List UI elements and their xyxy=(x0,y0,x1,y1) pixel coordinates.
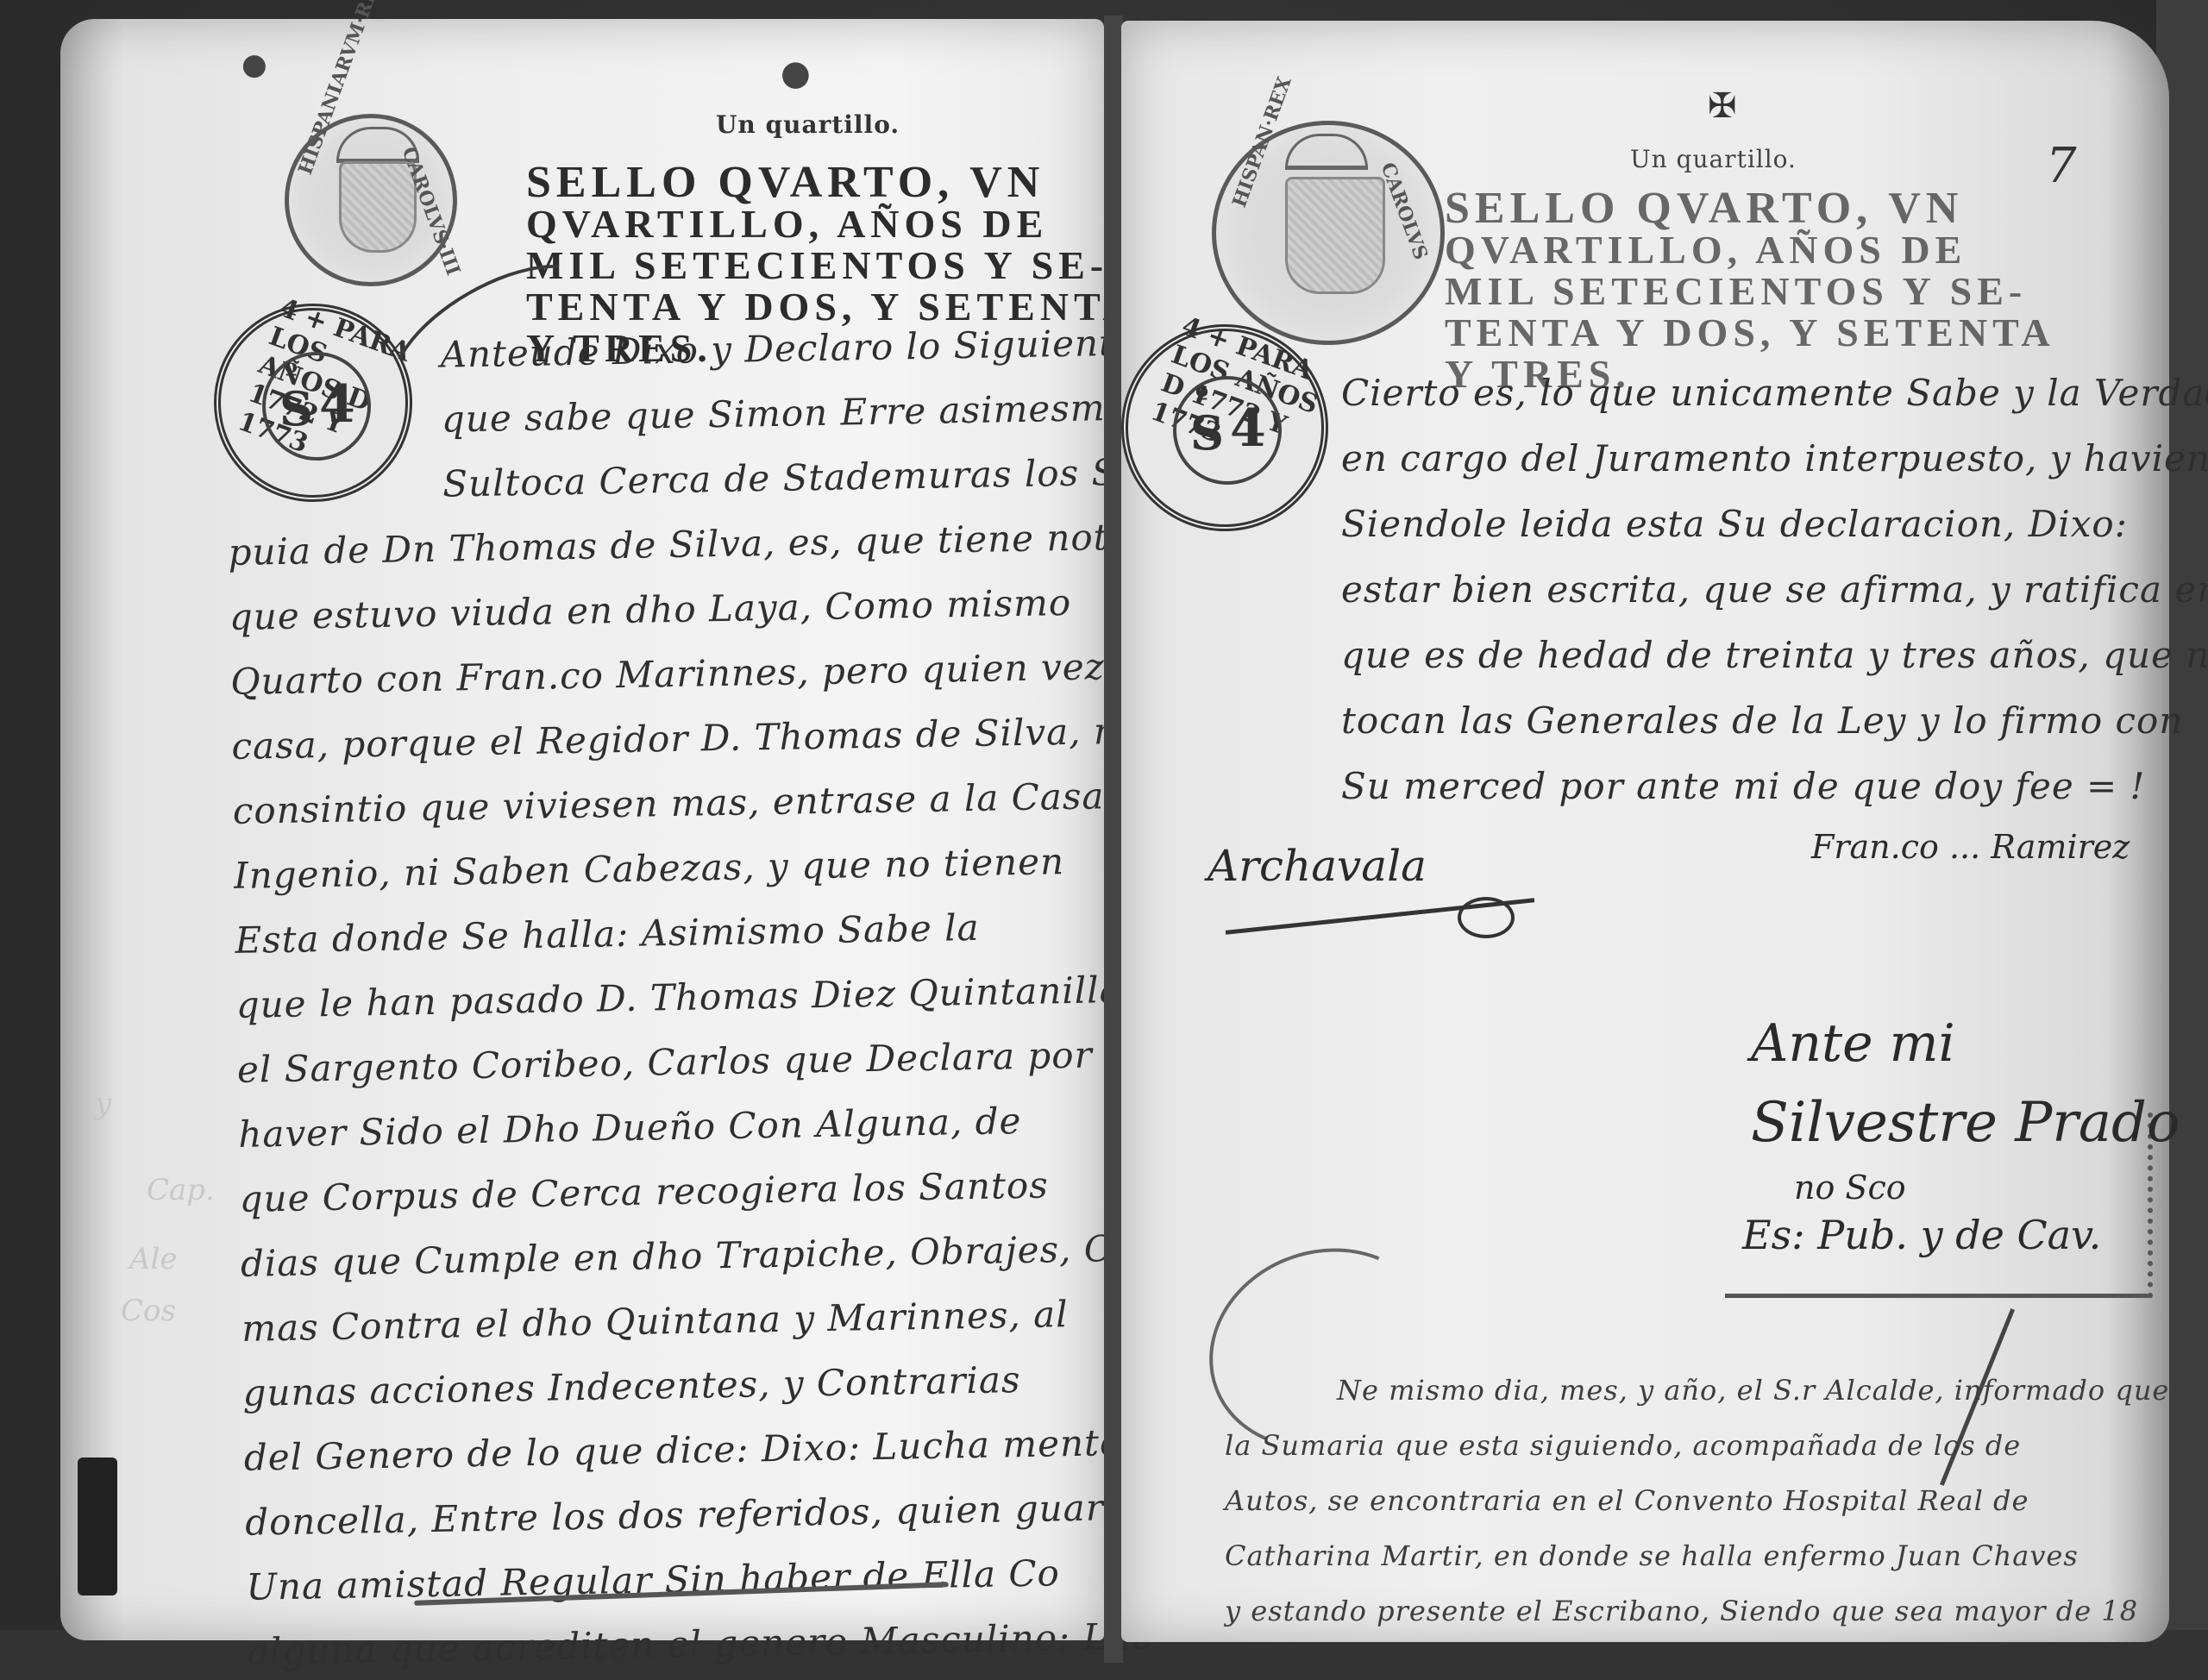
margin-note: Ale xyxy=(129,1242,178,1276)
stamp-line: QVARTILLO, AÑOS DE xyxy=(1445,229,2055,271)
ink-blot: ● xyxy=(241,47,267,82)
scan-left-edge xyxy=(0,0,60,1680)
manuscript-line: Autos, se encontraria en el Convento Hos… xyxy=(1225,1473,2169,1528)
tax-seal: 4 + PARA LOS AÑOS D 1772 Y 1773 S 4 º xyxy=(1121,324,1328,531)
margin-note: Cos xyxy=(121,1294,176,1328)
footer-entry: Ne mismo dia, mes, y año, el S.r Alcalde… xyxy=(1225,1363,2169,1639)
book-spine xyxy=(1104,16,1123,1663)
notary-name: Silvestre Prado xyxy=(1751,1091,2180,1155)
right-page-body: Cierto es, lo que unicamente Sabe y la V… xyxy=(1341,360,2208,819)
manuscript-line: la Sumaria que esta siguiendo, acompañad… xyxy=(1225,1418,2169,1473)
stamp-line: TENTA Y DOS, Y SETENTA xyxy=(1445,312,2055,354)
manuscript-line: que es de hedad de treinta y tres años, … xyxy=(1341,623,2208,688)
rubric-signature: Fran.co ... Ramirez xyxy=(1811,828,2130,866)
manuscript-line: en cargo del Juramento interpuesto, y ha… xyxy=(1341,426,2208,492)
manuscript-line: y estando presente el Escribano, Siendo … xyxy=(1225,1583,2169,1639)
royal-seal: HISPAN·REX CAROLVS xyxy=(1212,121,1445,345)
seal-center: S 4 º xyxy=(1173,376,1282,485)
stamp-line: SELLO QVARTO, VN xyxy=(526,162,1137,204)
binding-mark xyxy=(78,1457,117,1595)
folio-number: 7 xyxy=(2046,138,2077,194)
manuscript-line: Siendole leida esta Su declaracion, Dixo… xyxy=(1341,492,2208,557)
seal-letter: S xyxy=(1190,405,1224,461)
manuscript-line: Cierto es, lo que unicamente Sabe y la V… xyxy=(1341,360,2208,426)
stamp-line: QVARTILLO, AÑOS DE xyxy=(526,204,1137,245)
manuscript-line: Catharina Martir, en donde se halla enfe… xyxy=(1225,1528,2169,1583)
signature-rubric xyxy=(1458,897,1515,938)
manuscript-line: Ne mismo dia, mes, y año, el S.r Alcalde… xyxy=(1225,1363,2169,1418)
stamp-line: MIL SETECIENTOS Y SE- xyxy=(1445,271,2055,312)
manuscript-line: Su merced por ante mi de que doy fee = ! xyxy=(1341,754,2208,819)
seal-sub: º xyxy=(1195,383,1208,413)
notary-office: Es: Pub. y de Cav. xyxy=(1742,1212,2101,1258)
manuscript-line: tocan las Generales de la Ley y lo firmo… xyxy=(1341,688,2208,754)
notary-title: no Sco xyxy=(1794,1169,1906,1207)
notary-before-me: Ante mi xyxy=(1751,1013,1955,1074)
witness-signature: Archavala xyxy=(1207,841,1427,891)
seal-value: 4 xyxy=(1230,398,1266,459)
royal-seal: HISPANIARVM·REX CAROLVS·III xyxy=(285,114,457,286)
manuscript-line: estar bien escrita, que se afirma, y rat… xyxy=(1341,557,2208,623)
margin-note: y xyxy=(95,1087,111,1121)
margin-note: Cap. xyxy=(147,1173,215,1207)
stamp-line: MIL SETECIENTOS Y SE- xyxy=(526,245,1137,286)
stamp-denomination: Un quartillo. xyxy=(1630,145,1797,173)
stamp-line: SELLO QVARTO, VN xyxy=(1445,188,2055,229)
crown-icon xyxy=(1285,134,1368,170)
coat-of-arms-icon xyxy=(1285,177,1385,294)
stamp-denomination: Un quartillo. xyxy=(716,110,900,139)
ink-blot: ● xyxy=(781,53,811,93)
cross-icon: ✠ xyxy=(1708,86,1737,126)
